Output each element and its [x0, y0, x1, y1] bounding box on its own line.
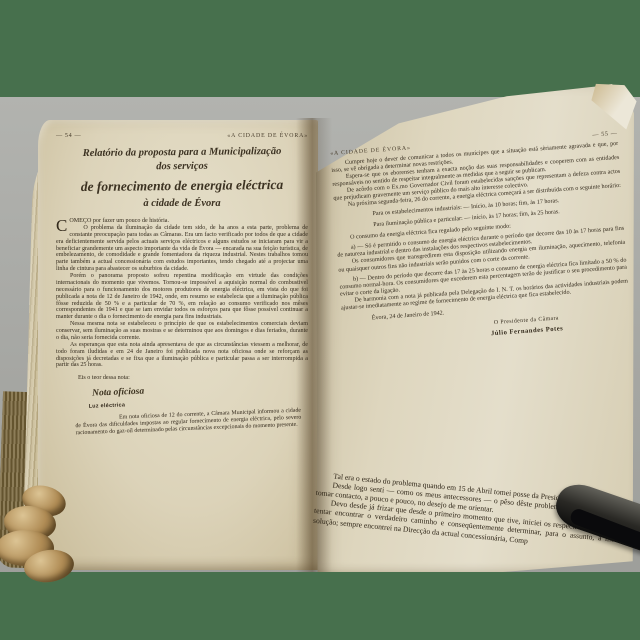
right-page-content: «A CIDADE DE ÉVORA» — 55 — Cumpre hoje o…: [330, 130, 631, 348]
drop-cap: C: [56, 218, 69, 232]
article-title-line3: de fornecimento de energia eléctrica: [56, 177, 308, 196]
body-paragraph: O problema da iluminação da cidade tem s…: [56, 225, 308, 273]
body-paragraph-opening: COMEÇO por fazer um pouco de história.: [56, 218, 308, 225]
body-paragraph: As esperanças que esta nota ainda aprese…: [56, 342, 308, 370]
article-title-line1: Relatório da proposta para a Municipaliz…: [56, 146, 308, 160]
page-number-right: — 55 —: [592, 130, 618, 139]
opening-text: OMEÇO por fazer um pouco de história.: [69, 218, 169, 224]
hand-fingers: [0, 486, 96, 592]
page-number-left: — 54 —: [56, 132, 81, 139]
article-title: Relatório da proposta para a Municipaliz…: [56, 147, 308, 209]
backdrop-top-band: [0, 0, 640, 97]
note-body: Em nota oficiosa de 12 do corrente, a Câ…: [75, 408, 302, 438]
backdrop-bottom-band: [0, 572, 640, 640]
body-paragraph: Nessa mesma nota se estabeleceu o princí…: [56, 321, 308, 342]
left-page-body: COMEÇO por fazer um pouco de história. O…: [56, 218, 308, 382]
book-photo: — 54 — «A CIDADE DE ÉVORA» Relatório da …: [0, 0, 640, 640]
article-title-line2: dos serviços: [56, 160, 308, 174]
article-title-line4: à cidade de Évora: [56, 198, 308, 209]
running-head-left: «A CIDADE DE ÉVORA»: [227, 133, 308, 139]
body-paragraph: Porém o panorama proposto sofreu repenti…: [56, 273, 308, 321]
left-page-header: — 54 — «A CIDADE DE ÉVORA»: [56, 132, 308, 139]
left-page-content: — 54 — «A CIDADE DE ÉVORA» Relatório da …: [56, 132, 308, 438]
official-note-section: Nota oficiosa Luz eléctrica Em nota ofic…: [56, 380, 310, 438]
